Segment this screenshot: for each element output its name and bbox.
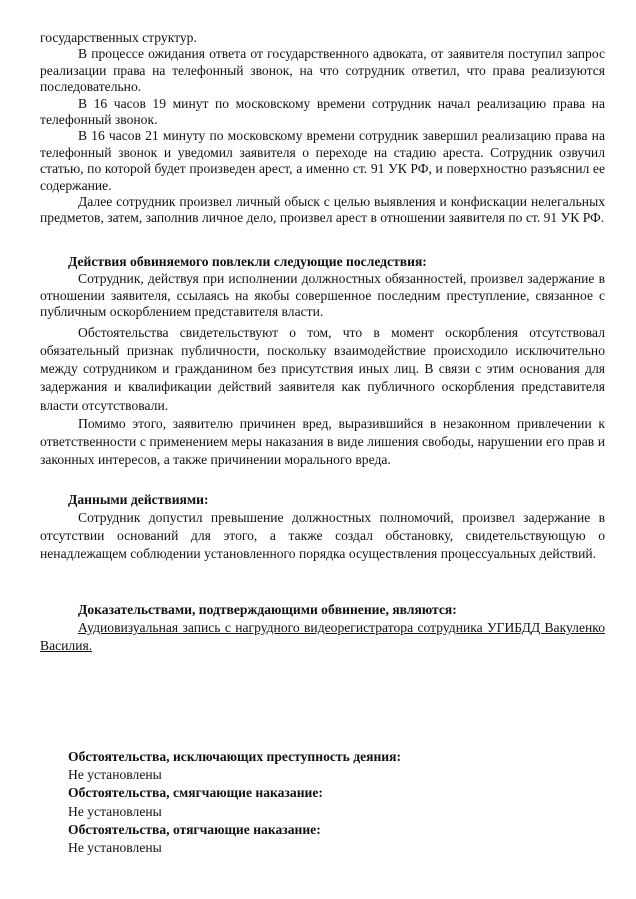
section-heading: Доказательствами, подтверждающими обвине… — [40, 601, 605, 619]
paragraph: В процессе ожидания ответа от государств… — [40, 46, 605, 95]
paragraph: Обстоятельства свидетельствуют о том, чт… — [40, 324, 605, 415]
intro-section: государственных структур. В процессе ожи… — [40, 30, 605, 227]
circumstance-heading: Обстоятельства, исключающих преступность… — [40, 748, 605, 766]
consequences-section: Действия обвиняемого повлекли следующие … — [40, 253, 605, 469]
actions-section: Данными действиями: Сотрудник допустил п… — [40, 491, 605, 564]
paragraph: В 16 часов 21 минуту по московскому врем… — [40, 128, 605, 194]
paragraph: Помимо этого, заявителю причинен вред, в… — [40, 415, 605, 470]
continuation-text: государственных структур. — [40, 30, 605, 46]
evidence-item: Аудиовизуальная запись с нагрудного виде… — [40, 619, 605, 655]
circumstance-heading: Обстоятельства, отягчающие наказание: — [40, 821, 605, 839]
document-page: государственных структур. В процессе ожи… — [40, 30, 605, 227]
circumstance-heading: Обстоятельства, смягчающие наказание: — [40, 784, 605, 802]
paragraph: Сотрудник, действуя при исполнении должн… — [40, 271, 605, 321]
section-heading: Действия обвиняемого повлекли следующие … — [40, 253, 605, 271]
paragraph: В 16 часов 19 минут по московскому време… — [40, 96, 605, 129]
paragraph: Далее сотрудник произвел личный обыск с … — [40, 194, 605, 227]
circumstance-value: Не установлены — [40, 803, 605, 821]
circumstance-value: Не установлены — [40, 766, 605, 784]
circumstance-value: Не установлены — [40, 839, 605, 857]
section-heading: Данными действиями: — [40, 491, 605, 509]
evidence-section: Доказательствами, подтверждающими обвине… — [40, 601, 605, 655]
circumstances-section: Обстоятельства, исключающих преступность… — [40, 748, 605, 857]
paragraph: Сотрудник допустил превышение должностны… — [40, 509, 605, 564]
